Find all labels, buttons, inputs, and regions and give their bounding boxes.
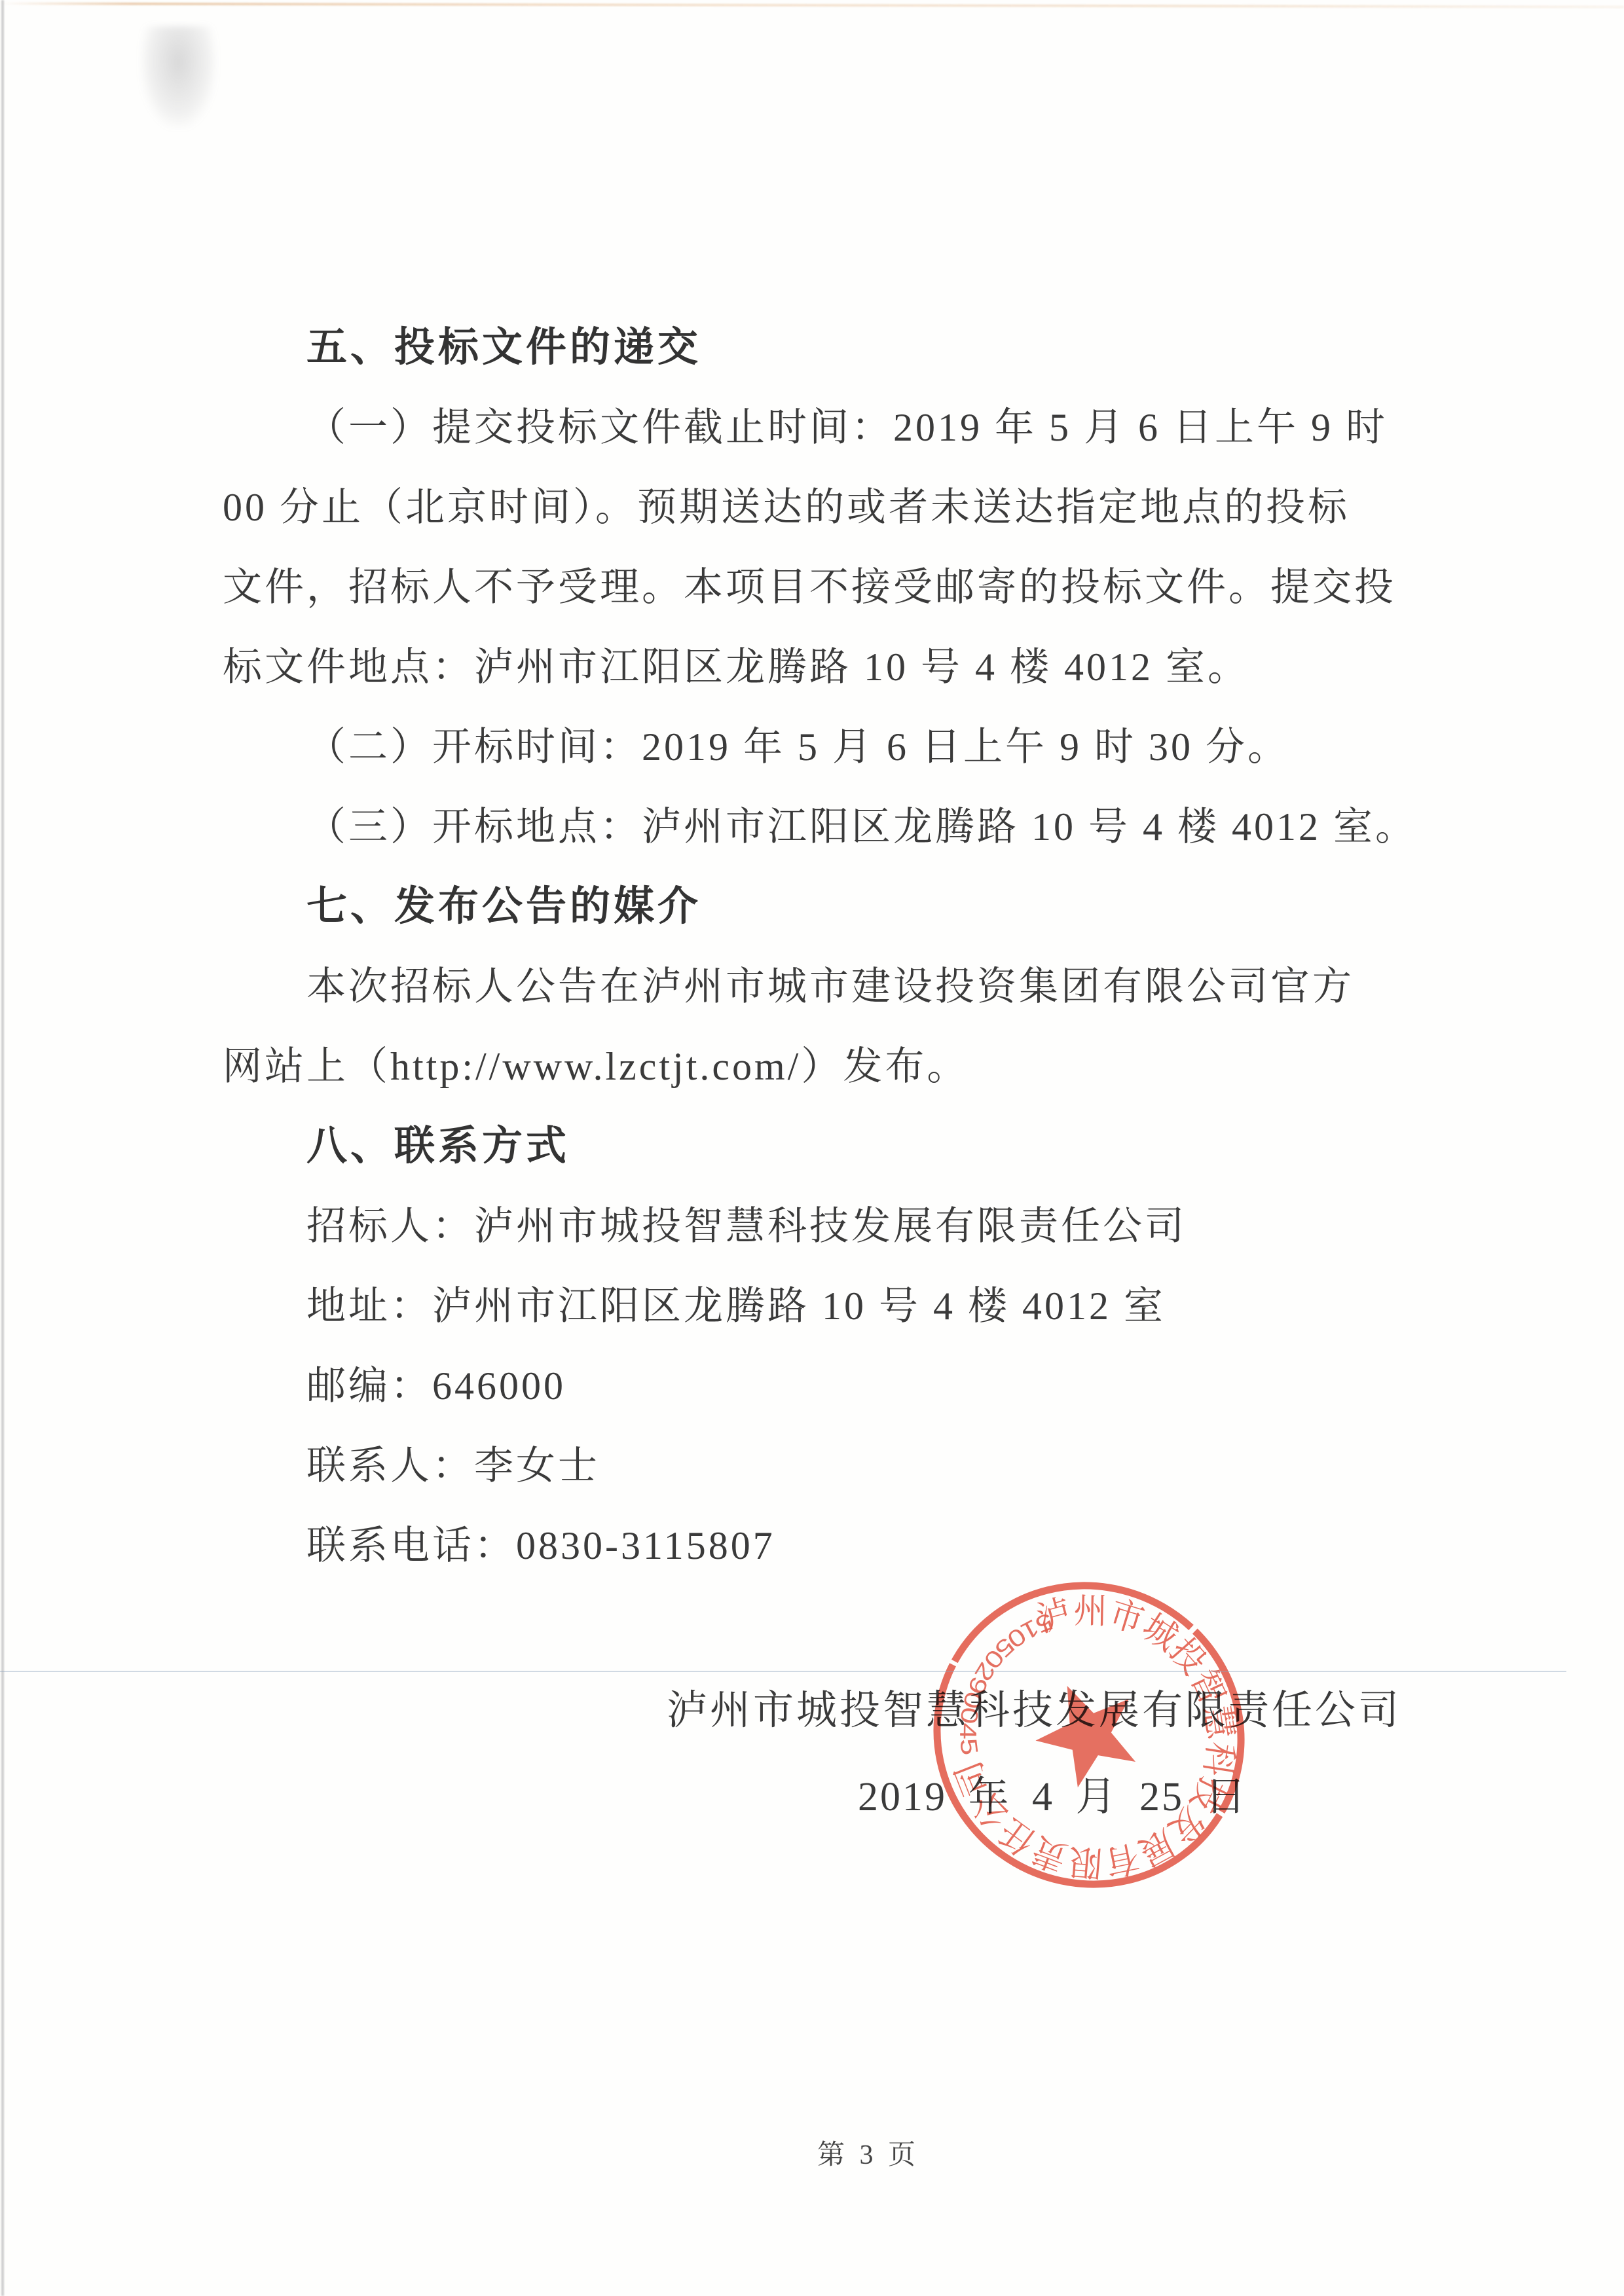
paragraph-line: 网站上（http://www.lzctjt.com/）发布。 xyxy=(223,1027,1409,1106)
scan-smudge-artifact xyxy=(141,26,216,128)
contact-address-line: 地址：泸州市江阳区龙腾路 10 号 4 楼 4012 室 xyxy=(223,1266,1409,1346)
paragraph-line: 本次招标人公告在泸州市城市建设投资集团有限公司官方 xyxy=(223,947,1409,1027)
section-heading-7: 七、发布公告的媒介 xyxy=(223,867,1409,947)
scan-top-edge-artifact xyxy=(0,2,1624,8)
paragraph-line: 标文件地点：泸州市江阳区龙腾路 10 号 4 楼 4012 室。 xyxy=(223,627,1409,707)
contact-person-line: 联系人：李女士 xyxy=(223,1426,1409,1506)
paragraph-line: 00 分止（北京时间）。预期送达的或者未送达指定地点的投标 xyxy=(223,467,1409,547)
document-body: 五、投标文件的递交 （一）提交投标文件截止时间：2019 年 5 月 6 日上午… xyxy=(223,308,1409,1586)
official-red-seal: 泸州市城投智慧科技发展有限责任公司 51050290045 xyxy=(932,1574,1246,1896)
scan-fold-line-artifact xyxy=(0,1671,1566,1672)
contact-tenderer-line: 招标人：泸州市城投智慧科技发展有限责任公司 xyxy=(223,1186,1409,1266)
section-heading-8: 八、联系方式 xyxy=(223,1106,1409,1186)
seal-star-icon xyxy=(1026,1669,1161,1806)
scanned-document-page: 五、投标文件的递交 （一）提交投标文件截止时间：2019 年 5 月 6 日上午… xyxy=(0,0,1624,2296)
section-heading-5: 五、投标文件的递交 xyxy=(223,308,1409,388)
scan-left-edge-artifact xyxy=(1,0,4,2296)
paragraph-line: 文件，招标人不予受理。本项目不接受邮寄的投标文件。提交投 xyxy=(223,547,1409,627)
contact-postcode-line: 邮编：646000 xyxy=(223,1346,1409,1426)
paragraph-line: （一）提交投标文件截止时间：2019 年 5 月 6 日上午 9 时 xyxy=(223,388,1409,467)
page-number-footer: 第 3 页 xyxy=(817,2133,917,2172)
paragraph-line: （三）开标地点：泸州市江阳区龙腾路 10 号 4 楼 4012 室。 xyxy=(223,787,1409,867)
paragraph-line: （二）开标时间：2019 年 5 月 6 日上午 9 时 30 分。 xyxy=(223,707,1409,787)
